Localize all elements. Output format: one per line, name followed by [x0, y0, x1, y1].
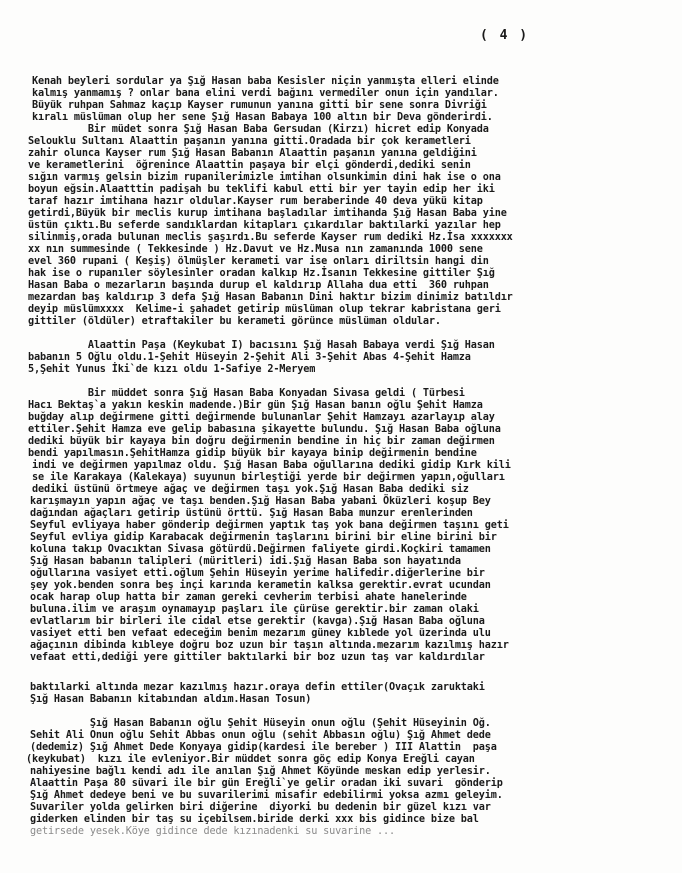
text-line: bendi yapılmasın.ŞehitHamza gidip büyük …	[28, 448, 477, 460]
text-line: ocak harap olup hatta bir zaman gereki c…	[30, 592, 467, 604]
text-line: gittiler (öldüler) etraftakiler bu keram…	[28, 316, 441, 328]
text-line: vasiyet etti ben vefaat edeceğim benim m…	[30, 628, 491, 640]
text-line: ettiler.Şehit Hamza eve gelip babasına ş…	[28, 424, 501, 436]
text-line: karışmayın yapın ağaç ve taşı benden.Şığ…	[30, 496, 491, 508]
text-line: Büyük ruhpan Sahmaz kaçıp Kayser rumunun…	[32, 100, 487, 112]
text-line: üstün çıktı.Bu seferde sandıklardan kita…	[28, 220, 501, 232]
text-line: silinmiş,orada bulunan meclis şaşırdı.Bu…	[28, 232, 513, 244]
text-line: evel 360 rupani ( Keşiş) ölmüşler kerame…	[28, 256, 489, 268]
text-line: buğday alıp değirmene gitti değirmende b…	[28, 412, 495, 424]
text-line: sığın varmış gelsin bizim rupanilerimizl…	[28, 172, 501, 184]
scanned-document-page: ( 4 ) Kenah beyleri sordular ya Şığ Hasa…	[0, 0, 682, 873]
text-line: giderken elinden bir taş su içebilsem.bi…	[30, 814, 479, 826]
text-line: Seyful evliya gidip Karabacak değirmenin…	[30, 532, 497, 544]
text-line: xx nın summesinde ( Tekkesinde ) Hz.Davu…	[28, 244, 483, 256]
text-line: vefaat etti,dediği yere gittiler baktıla…	[30, 652, 485, 664]
text-line: (dedemiz) Şığ Ahmet Dede Konyaya gidip(k…	[30, 742, 497, 754]
text-line: mezardan baş kaldırıp 3 defa Şığ Hasan B…	[28, 292, 513, 304]
text-line: hak ise o rupanıler söylesinler oradan k…	[28, 268, 495, 280]
text-line: Bir müdet sonra Şığ Hasan Baba Gersudan …	[28, 124, 489, 136]
text-line: getirdi,Büyük bir meclis kurup imtihana …	[28, 208, 507, 220]
text-line: taraf hazır imtihana hazır oldular.Kayse…	[28, 196, 483, 208]
text-line: 5,Şehit Yunus İki`de kızı oldu 1-Safiye …	[28, 364, 315, 376]
text-line: Şığ Hasan Babanın kitabından aldım.Hasan…	[30, 694, 311, 706]
text-line: dağından ağaçları getirip üstünü örttü. …	[30, 508, 473, 520]
text-line: Suvariler yolda gelirken biri diğerine d…	[30, 802, 491, 814]
text-line: buluna.ilim ve araşım oynamayıp paşları …	[30, 604, 479, 616]
text-line: şey yok.benden sonra beş inçi karında ke…	[30, 580, 491, 592]
text-line: Sehit Ali Onun oğlu Sehit Abbas onun oğl…	[30, 730, 491, 742]
text-line: baktılarki altında mezar kazılmış hazır.…	[30, 682, 485, 694]
text-line: dediki büyük bir kayaya bin doğru değirm…	[28, 436, 495, 448]
text-line: deyip müslümxxxx Kelime-i şahadet getiri…	[28, 304, 501, 316]
text-line: oğullarına vasiyet etti.oğlum Şehin Hüse…	[30, 568, 485, 580]
text-line: kıralı müslüman olup her sene Şığ Hasan …	[32, 112, 493, 124]
text-line: Şığ Ahmet dedeye beni ve bu suvarilerimi…	[30, 790, 503, 802]
text-line: dediki üstünü örtmeye ağaç ve değirmen t…	[32, 484, 469, 496]
text-line: evlatlarım bir birleri ile cidal etse ge…	[30, 616, 485, 628]
text-line: kalmış yanmamış ? onlar bana elini verdi…	[32, 88, 499, 100]
page-number: ( 4 )	[480, 28, 529, 43]
text-line: boyun eğsin.Alaatttin padişah bu teklifi…	[28, 184, 495, 196]
text-line: zahir olunca Kayser rum Şığ Hasan Babanı…	[28, 148, 477, 160]
text-line: koluna takıp Ovacıktan Sivasa götürdü.De…	[30, 544, 491, 556]
text-line: (keykubat) kızı ile evleniyor.Bir müddet…	[26, 754, 475, 766]
text-line-cut-off: getirsede yesek.Köye gidince dede kızına…	[30, 826, 395, 838]
text-line: ve kerametlerini öğrenince Alaattin paşa…	[28, 160, 471, 172]
text-line: nahiyesine bağlı kendi adı ile anılan Şı…	[30, 766, 491, 778]
text-line: Selouklu Sultanı Alaattin paşanın yanına…	[28, 136, 471, 148]
text-line: Hasan Baba o mezarların başında durup el…	[28, 280, 489, 292]
text-line: Bir müddet sonra Şığ Hasan Baba Konyadan…	[28, 388, 465, 400]
text-line: Alaattin Paşa 80 süvari ile bir gün Ereğ…	[30, 778, 503, 790]
text-line: Şığ Hasan babanın talipleri (müritleri) …	[30, 556, 461, 568]
text-line: Kenah beyleri sordular ya Şığ Hasan baba…	[32, 76, 499, 88]
text-line: Seyful evliyaya haber gönderip değirmen …	[30, 520, 509, 532]
text-line: babanın 5 Oğlu oldu.1-Şehit Hüseyin 2-Şe…	[28, 352, 471, 364]
text-line: Şığ Hasan Babanın oğlu Şehit Hüseyin onu…	[30, 718, 491, 730]
text-line: indi ve değirmen yapılmaz oldu. Şığ Hasa…	[32, 460, 511, 472]
text-line: se ile Karakaya (Kalekaya) suyunun birle…	[32, 472, 505, 484]
text-line: Alaattin Paşa (Keykubat I) bacısını Şığ …	[28, 340, 495, 352]
text-line: Hacı Bektaş`a yakın keskin madende.)Bir …	[28, 400, 483, 412]
text-line: ağaçının dibinda kıbleye doğru boz uzun …	[30, 640, 509, 652]
